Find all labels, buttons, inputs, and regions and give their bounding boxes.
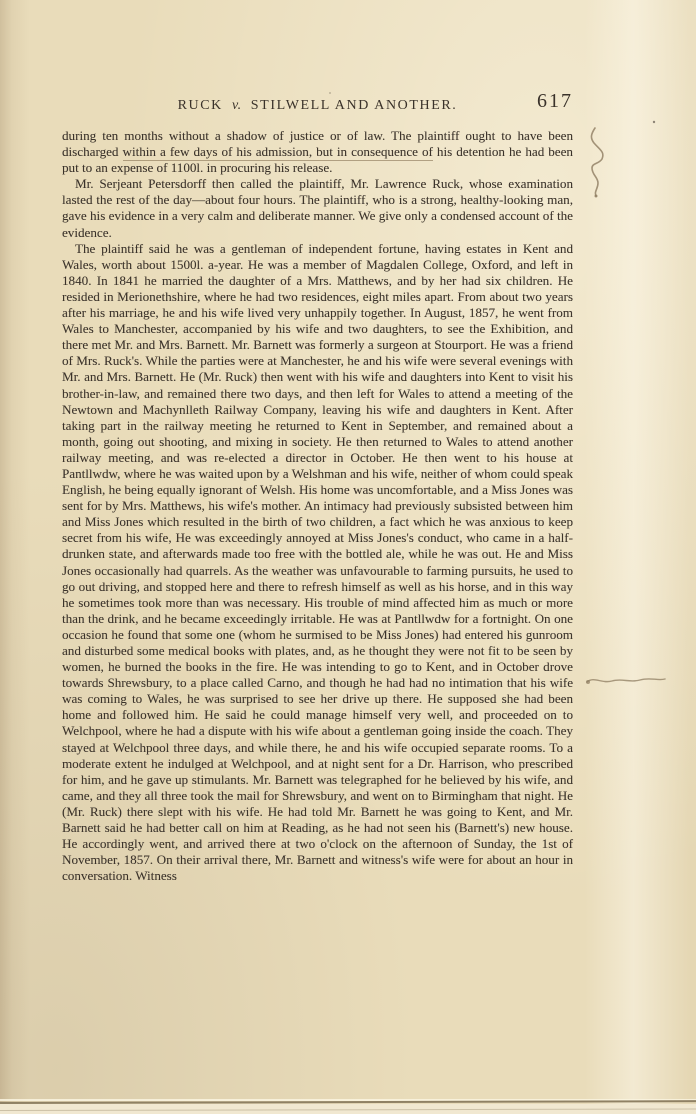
paragraph: The plaintiff said he was a gentleman of…	[62, 241, 573, 885]
paragraph: Mr. Serjeant Petersdorff then called the…	[62, 176, 573, 240]
margin-brace-dot	[595, 195, 598, 198]
paragraph: during ten months without a shadow of ju…	[62, 128, 573, 176]
body-text: during ten months without a shadow of ju…	[62, 128, 573, 884]
margin-wavy-start-dot	[586, 680, 590, 684]
ink-speck	[653, 121, 655, 123]
pencil-underlined-text: within a few days of his admission, but …	[123, 144, 433, 161]
case-versus: v.	[228, 98, 246, 113]
case-name-left: RUCK	[178, 98, 223, 113]
scanned-book-page: RUCK v. STILWELL AND ANOTHER. 617 during…	[0, 0, 696, 1114]
case-name-right: STILWELL AND ANOTHER.	[251, 98, 458, 113]
margin-wavy-mark	[587, 679, 665, 682]
ink-speck	[329, 92, 331, 94]
margin-brace-mark	[591, 128, 602, 196]
page-number: 617	[480, 90, 573, 113]
